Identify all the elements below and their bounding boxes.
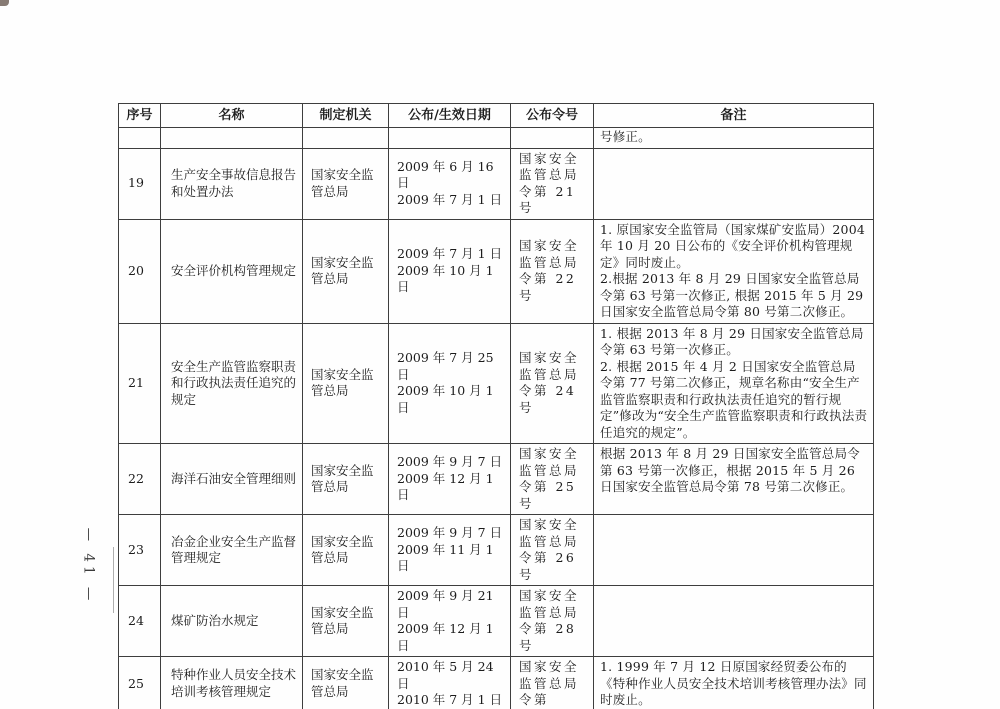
- header-order: 公布令号: [511, 104, 594, 128]
- table-row: 24 煤矿防治水规定 国家安全监管总局 2009 年 9 月 21 日 2009…: [119, 586, 874, 657]
- header-dates: 公布/生效日期: [389, 104, 511, 128]
- row-no: 23: [119, 515, 161, 586]
- header-agency: 制定机关: [303, 104, 389, 128]
- row-order: 国家安全监管总局令第 21 号: [511, 148, 594, 219]
- row-order: 国家安全监管总局令第 25 号: [511, 444, 594, 515]
- scan-line-artifact: [113, 547, 114, 613]
- row-dates: 2009 年 6 月 16 日 2009 年 7 月 1 日: [389, 148, 511, 219]
- row-remark: 号修正。: [594, 128, 874, 149]
- table-row: 21 安全生产监管监察职责和行政执法责任追究的规定 国家安全监管总局 2009 …: [119, 323, 874, 444]
- row-name: 特种作业人员安全技术培训考核管理规定: [161, 657, 303, 709]
- table-header-row: 序号 名称 制定机关 公布/生效日期 公布令号 备注: [119, 104, 874, 128]
- page-number: — 41 —: [80, 528, 96, 605]
- row-agency: 国家安全监管总局: [303, 148, 389, 219]
- row-remark: 1. 原国家安全监管局（国家煤矿安监局）2004 年 10 月 20 日公布的《…: [594, 219, 874, 323]
- row-dates: 2009 年 7 月 1 日 2009 年 10 月 1 日: [389, 219, 511, 323]
- row-no: 25: [119, 657, 161, 709]
- regulations-table: 序号 名称 制定机关 公布/生效日期 公布令号 备注 号修正。 19 生产安全事…: [118, 103, 874, 709]
- row-remark: 根据 2013 年 8 月 29 日国家安全监管总局令第 63 号第一次修正，根…: [594, 444, 874, 515]
- row-agency: 国家安全监管总局: [303, 323, 389, 444]
- row-dates: 2009 年 7 月 25 日 2009 年 10 月 1 日: [389, 323, 511, 444]
- table-row: 20 安全评价机构管理规定 国家安全监管总局 2009 年 7 月 1 日 20…: [119, 219, 874, 323]
- header-remark: 备注: [594, 104, 874, 128]
- row-agency: 国家安全监管总局: [303, 657, 389, 709]
- row-agency: 国家安全监管总局: [303, 444, 389, 515]
- table-row: 22 海洋石油安全管理细则 国家安全监管总局 2009 年 9 月 7 日 20…: [119, 444, 874, 515]
- row-name: 海洋石油安全管理细则: [161, 444, 303, 515]
- row-remark: [594, 586, 874, 657]
- scan-smudge-artifact: [0, 0, 9, 6]
- row-agency: 国家安全监管总局: [303, 515, 389, 586]
- row-no: 19: [119, 148, 161, 219]
- table-row: 23 冶金企业安全生产监督管理规定 国家安全监管总局 2009 年 9 月 7 …: [119, 515, 874, 586]
- row-order: 国家安全监管总局令第 22 号: [511, 219, 594, 323]
- row-dates: 2009 年 9 月 21 日 2009 年 12 月 1 日: [389, 586, 511, 657]
- row-dates: [389, 128, 511, 149]
- row-agency: [303, 128, 389, 149]
- row-order: 国家安全监管总局令第 28 号: [511, 586, 594, 657]
- row-remark: [594, 515, 874, 586]
- row-name: 安全生产监管监察职责和行政执法责任追究的规定: [161, 323, 303, 444]
- row-order: 国家安全监管总局令第 24 号: [511, 323, 594, 444]
- row-name: 安全评价机构管理规定: [161, 219, 303, 323]
- table-row: 25 特种作业人员安全技术培训考核管理规定 国家安全监管总局 2010 年 5 …: [119, 657, 874, 709]
- row-name: 冶金企业安全生产监督管理规定: [161, 515, 303, 586]
- row-no: 24: [119, 586, 161, 657]
- carryover-row: 号修正。: [119, 128, 874, 149]
- row-name: [161, 128, 303, 149]
- scanned-document-page: — 41 — 序号 名称 制定机关 公布/生效日期 公布令号 备注: [0, 0, 1000, 709]
- row-no: 20: [119, 219, 161, 323]
- row-remark: 1. 根据 2013 年 8 月 29 日国家安全监管总局令第 63 号第一次修…: [594, 323, 874, 444]
- row-dates: 2009 年 9 月 7 日 2009 年 11 月 1 日: [389, 515, 511, 586]
- row-name: 生产安全事故信息报告和处置办法: [161, 148, 303, 219]
- row-agency: 国家安全监管总局: [303, 219, 389, 323]
- row-no: 21: [119, 323, 161, 444]
- row-order: [511, 128, 594, 149]
- row-remark: [594, 148, 874, 219]
- row-no: 22: [119, 444, 161, 515]
- row-order: 国家安全监管总局令第 26 号: [511, 515, 594, 586]
- row-name: 煤矿防治水规定: [161, 586, 303, 657]
- table-row: 19 生产安全事故信息报告和处置办法 国家安全监管总局 2009 年 6 月 1…: [119, 148, 874, 219]
- row-agency: 国家安全监管总局: [303, 586, 389, 657]
- row-order: 国家安全监管总局令第: [511, 657, 594, 709]
- header-name: 名称: [161, 104, 303, 128]
- header-serial: 序号: [119, 104, 161, 128]
- row-no: [119, 128, 161, 149]
- row-dates: 2009 年 9 月 7 日 2009 年 12 月 1 日: [389, 444, 511, 515]
- row-remark: 1. 1999 年 7 月 12 日原国家经贸委公布的《特种作业人员安全技术培训…: [594, 657, 874, 709]
- row-dates: 2010 年 5 月 24 日 2010 年 7 月 1 日: [389, 657, 511, 709]
